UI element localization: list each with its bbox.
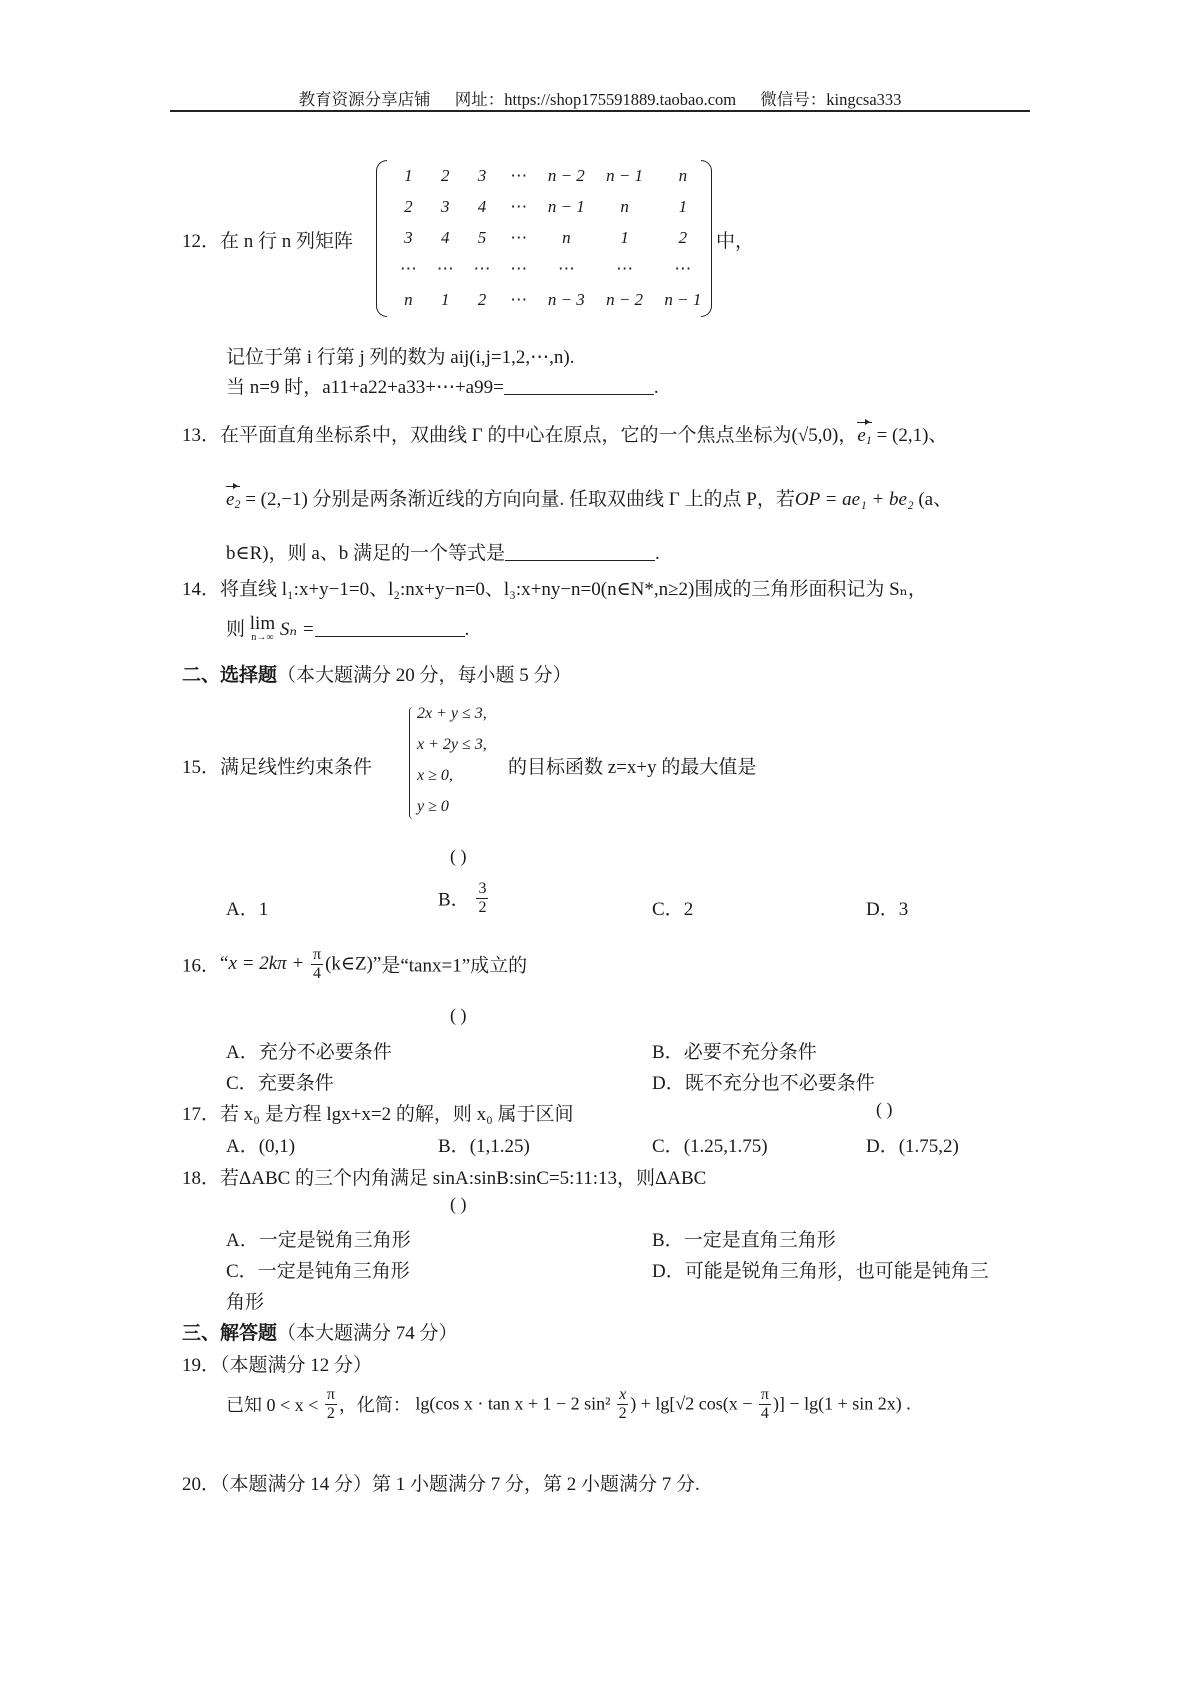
q16-option-c[interactable]: C．充要条件 (226, 1068, 334, 1095)
q12-answer-blank[interactable] (504, 376, 654, 395)
q16-stem: 16．“x = 2kπ + π4(k∈Z)”是“tanx=1”成立的 (182, 946, 527, 982)
header-divider (170, 110, 1030, 112)
vector-e1: e1 (857, 425, 871, 448)
wechat-id: 微信号：kingcsa333 (760, 90, 901, 109)
q13-line1: 13．在平面直角坐标系中，双曲线 Γ 的中心在原点，它的一个焦点坐标为(√5,0… (182, 420, 947, 448)
q15-stem: 15．满足线性约束条件 (182, 752, 372, 779)
q18-option-d-wrap: 角形 (226, 1287, 264, 1314)
matrix-right-paren (701, 160, 712, 317)
matrix-row: n12⋯n − 3n − 2n − 1 (390, 284, 712, 315)
q14-line2: 则 lim n→∞ Sₙ =. (226, 614, 469, 643)
matrix-left-paren (376, 160, 387, 317)
section-2-heading: 二、选择题（本大题满分 20 分，每小题 5 分） (182, 660, 572, 687)
q12-stem: 12．在 n 行 n 列矩阵 (182, 226, 353, 253)
matrix-row: 345⋯n12 (390, 222, 712, 253)
q18-option-c[interactable]: C．一定是钝角三角形 (226, 1256, 410, 1283)
q15-suffix: 的目标函数 z=x+y 的最大值是 (508, 752, 756, 779)
q13-line2: e2 = (2,−1) 分别是两条渐近线的方向向量. 任取双曲线 Γ 上的点 P… (226, 484, 952, 512)
q13-line3: b∈R)，则 a、b 满足的一个等式是. (226, 538, 660, 565)
q17-option-d[interactable]: D．(1.75,2) (866, 1131, 959, 1158)
q20-stem: 20．（本题满分 14 分）第 1 小题满分 7 分，第 2 小题满分 7 分. (182, 1469, 700, 1496)
q15-option-c[interactable]: C．2 (652, 894, 693, 921)
q17-answer-paren[interactable]: ( ) (876, 1099, 893, 1120)
q12-matrix: 123⋯n − 2n − 1n 234⋯n − 1n1 345⋯n12 ⋯⋯⋯⋯… (376, 160, 712, 320)
q15-constraints: 2x + y ≤ 3, x + 2y ≤ 3, x ≥ 0, y ≥ 0 (405, 703, 505, 821)
q14-line1: 14．将直线 l₁:x+y−1=0、l₂:nx+y−n=0、l₃:x+ny−n=… (182, 574, 927, 601)
q17-option-a[interactable]: A．(0,1) (226, 1131, 295, 1158)
matrix-row: ⋯⋯⋯⋯⋯⋯⋯ (390, 253, 712, 284)
q16-option-d[interactable]: D．既不充分也不必要条件 (652, 1068, 875, 1095)
q17-option-b[interactable]: B．(1,1.25) (438, 1131, 530, 1158)
q18-option-a[interactable]: A．一定是锐角三角形 (226, 1225, 411, 1252)
q14-answer-blank[interactable] (315, 618, 465, 637)
limit-subscript: n→∞ (251, 633, 273, 643)
q12-suffix: 中， (716, 226, 754, 253)
q17-stem: 17．若 x₀ 是方程 lgx+x=2 的解，则 x₀ 属于区间 (182, 1099, 573, 1126)
shop-name: 教育资源分享店铺 (299, 90, 431, 109)
q18-stem: 18．若ΔABC 的三个内角满足 sinA:sinB:sinC=5:11:13，… (182, 1163, 706, 1190)
q15-option-d[interactable]: D．3 (866, 894, 908, 921)
q12-line2: 当 n=9 时，a11+a22+a33+⋯+a99=. (226, 372, 659, 399)
matrix-row: 123⋯n − 2n − 1n (390, 160, 712, 191)
q18-option-b[interactable]: B．一定是直角三角形 (652, 1225, 836, 1252)
section-3-heading: 三、解答题（本大题满分 74 分） (182, 1318, 458, 1345)
q16-option-a[interactable]: A．充分不必要条件 (226, 1037, 392, 1064)
q15-option-b[interactable]: B． 32 (438, 880, 490, 916)
q19-score: 19．（本题满分 12 分） (182, 1350, 372, 1377)
q17-option-c[interactable]: C．(1.25,1.75) (652, 1131, 768, 1158)
q12-prefix: 在 n 行 n 列矩阵 (220, 231, 353, 252)
op-equation: OP = ae₁ + be₂ (795, 489, 914, 510)
q12-line1: 记位于第 i 行第 j 列的数为 aij(i,j=1,2,⋯,n). (226, 342, 574, 369)
brace-icon (409, 707, 414, 819)
q15-answer-paren[interactable]: ( ) (450, 846, 467, 867)
shop-url: 网址：https://shop175591889.taobao.com (455, 90, 736, 109)
limit-symbol: lim (250, 614, 275, 633)
q16-option-b[interactable]: B．必要不充分条件 (652, 1037, 817, 1064)
q18-answer-paren[interactable]: ( ) (450, 1194, 467, 1215)
q18-option-d[interactable]: D．可能是锐角三角形，也可能是钝角三 (652, 1256, 989, 1283)
q12-number: 12． (182, 231, 220, 252)
focus-coordinate: (√5,0) (792, 425, 839, 446)
q16-answer-paren[interactable]: ( ) (450, 1005, 467, 1026)
q13-answer-blank[interactable] (505, 542, 655, 561)
page-header: 教育资源分享店铺 网址：https://shop175591889.taobao… (0, 86, 1200, 110)
q19-expression: 已知 0 < x < π2，化简： lg(cos x · tan x + 1 −… (226, 1386, 911, 1422)
matrix-row: 234⋯n − 1n1 (390, 191, 712, 222)
vector-e2: e2 (226, 489, 240, 512)
q15-option-a[interactable]: A．1 (226, 894, 268, 921)
